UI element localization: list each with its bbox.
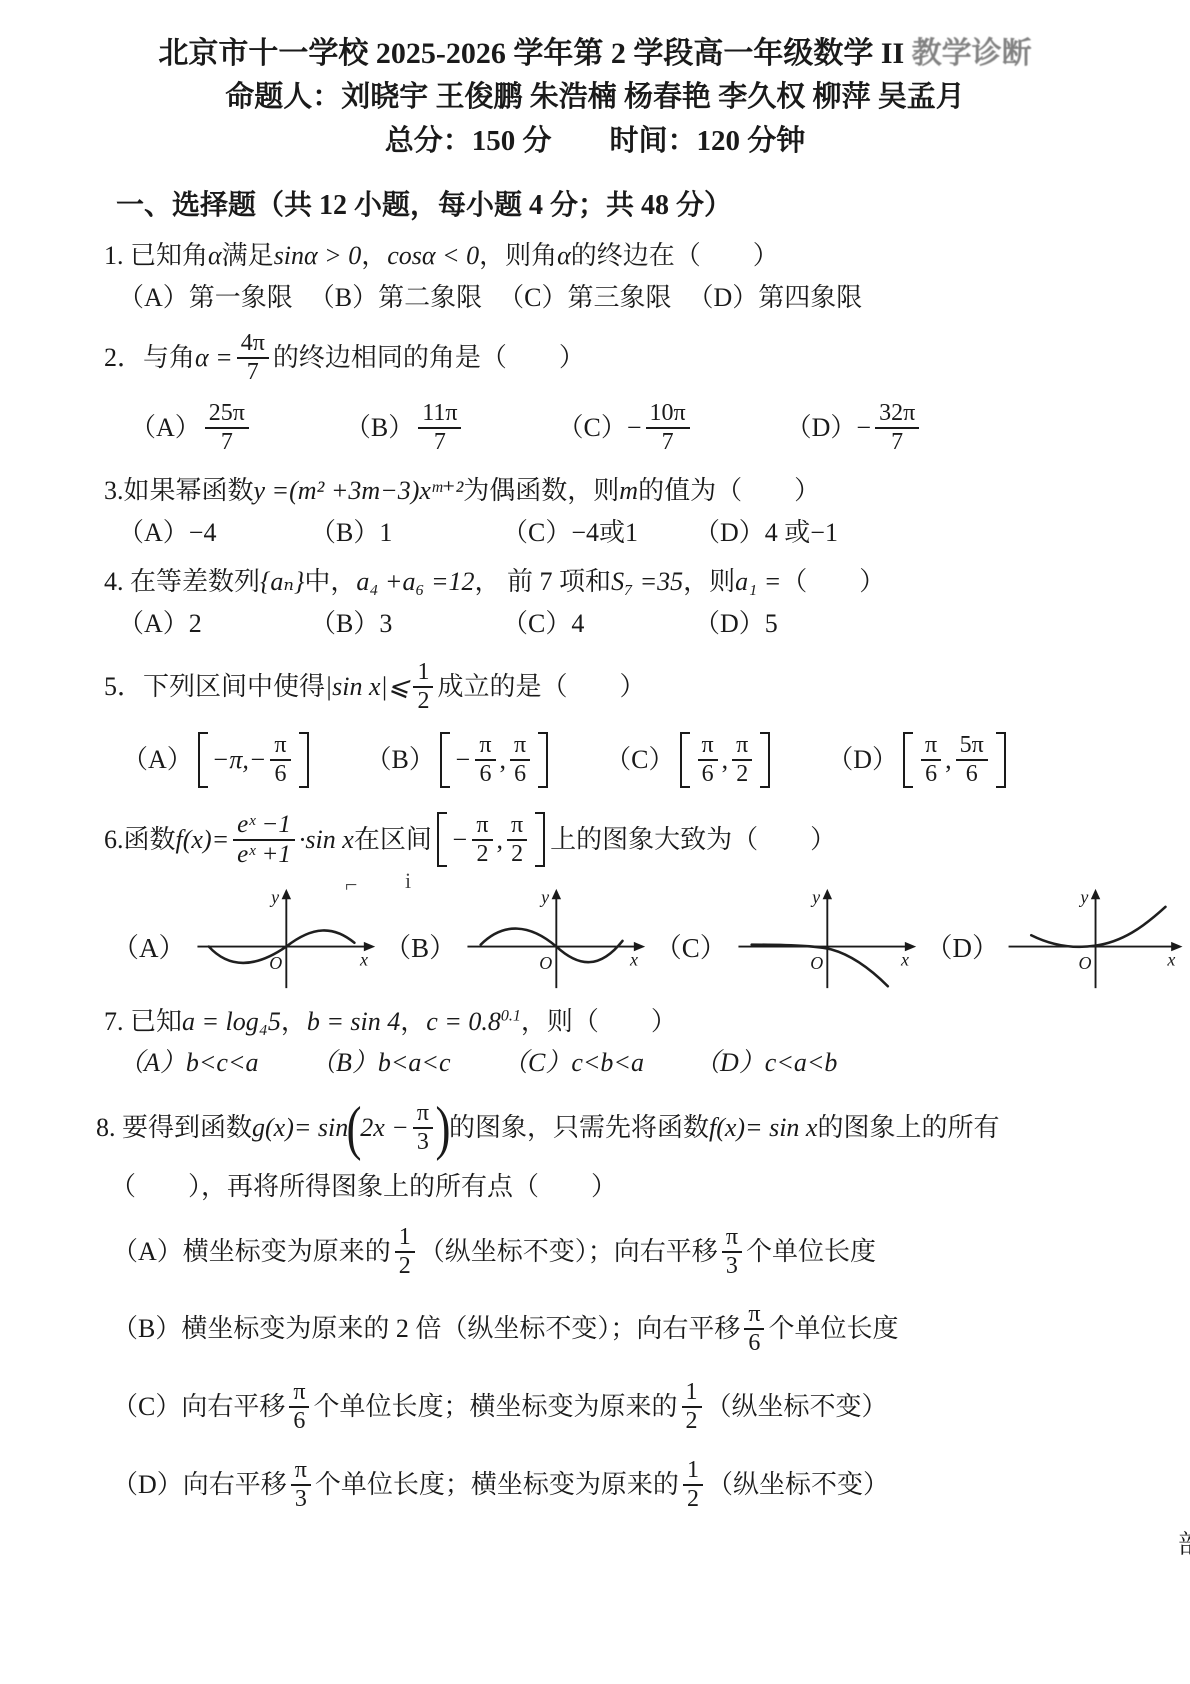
q6-graphs: （A） y x O （B） y x O （C） y x O （D） — [0, 883, 1190, 995]
q5-option-c: （C）π6,π2 — [605, 731, 775, 789]
option-fraction: π3 — [722, 1224, 742, 1280]
q6-stem: 6.函数 f(x)=eˣ −1eˣ +1·sin x 在区间−π2,π2上的图象… — [0, 811, 1190, 869]
option-text: 个单位长度 — [746, 1235, 876, 1269]
q1-math: α — [208, 239, 222, 273]
q3-stem: 3.如果幂函数 y =(m² +3m−3)xᵐ⁺² 为偶函数，则 m 的值为（ … — [0, 474, 1190, 508]
option-label: （A） — [112, 1235, 183, 1269]
q7-text: ，则（ ） — [521, 1005, 677, 1039]
clipped-edge-glyph: 部 — [1178, 1528, 1190, 1562]
exam-title-main: 北京市十一学校 2025-2026 学年第 2 学段高一年级数学 II — [158, 37, 911, 70]
option-fraction: 12 — [682, 1379, 702, 1435]
fraction-numerator: π — [698, 732, 718, 761]
interval-comma: , — [945, 743, 952, 777]
right-bracket — [535, 812, 545, 868]
q7-math: c = 0.80.1 — [426, 1005, 521, 1039]
fraction-denominator: 6 — [475, 761, 495, 788]
interval-fraction: 5π6 — [956, 732, 988, 788]
q4-text: ，则 — [683, 565, 735, 599]
fraction-denominator: 7 — [217, 429, 237, 456]
fraction-numerator: 4π — [237, 330, 269, 359]
fraction-numerator: π — [921, 732, 941, 761]
origin-label: O — [539, 953, 552, 973]
q6-math: ·sin x — [299, 823, 354, 857]
q2-text: 2．与角 — [104, 341, 195, 375]
right-bracket — [538, 732, 548, 788]
q1-option-a: （A）第一象限 — [118, 281, 293, 315]
q1-text: ， — [361, 239, 387, 273]
fraction-numerator: 32π — [875, 400, 919, 429]
fraction-numerator: 5π — [956, 732, 988, 761]
y-axis-label: y — [539, 887, 549, 907]
option-fraction: π6 — [744, 1301, 764, 1357]
q4-math: {aₙ} — [260, 565, 304, 599]
option-text: 个单位长度；横坐标变为原来的 — [313, 1390, 677, 1424]
q7-stem: 7. 已知 a = log₄5， b = sin 4， c = 0.80.1，则… — [0, 1005, 1190, 1039]
right-bracket — [299, 732, 309, 788]
interval-text: −π,− — [212, 743, 267, 777]
option-text: （纵坐标不变） — [707, 1468, 889, 1502]
fraction-numerator: π — [413, 1100, 433, 1129]
interval-comma: , — [722, 743, 729, 777]
minus-sign: − — [451, 823, 469, 857]
x-axis-label: x — [629, 949, 638, 969]
q1-options: （A）第一象限 （B）第二象限 （C）第三象限 （D）第四象限 — [0, 281, 1190, 315]
q4-text: ， 前 7 项和 — [475, 565, 612, 599]
q1-option-c: （C）第三象限 — [498, 281, 671, 315]
fraction-denominator: 7 — [430, 429, 450, 456]
option-label: （D） — [112, 1468, 183, 1502]
left-bracket — [680, 732, 690, 788]
interval-fraction: π6 — [510, 732, 530, 788]
option-text: （纵坐标不变） — [706, 1390, 888, 1424]
option-fraction: π3 — [291, 1457, 311, 1513]
q4-math: a₁ = — [735, 565, 781, 599]
x-axis-label: x — [359, 949, 368, 969]
interval-fraction: π6 — [921, 732, 941, 788]
option-fraction: 10π7 — [646, 400, 690, 456]
minus-sign: − — [856, 411, 871, 445]
interval-text: − — [454, 743, 472, 777]
q5-stem: 5．下列区间中使得|sin x|⩽12成立的是（ ） — [0, 659, 1190, 715]
q5-text: 成立的是（ ） — [437, 670, 645, 704]
q8-math: f(x)= sin x — [709, 1111, 818, 1145]
q1-text: 的终边在（ ） — [571, 239, 779, 273]
q6-graph-a: y x O — [188, 883, 385, 995]
q3-formula: y =(m² +3m−3)xᵐ⁺² — [254, 474, 464, 508]
fraction-denominator: 2 — [507, 841, 527, 868]
left-bracket — [198, 732, 208, 788]
q6-math: f(x)= — [176, 823, 230, 857]
q2-fraction: 4π7 — [237, 330, 269, 386]
fraction-numerator: π — [732, 732, 752, 761]
q8-stem-line2: （ ），再将所得图象上的所有点（ ） — [0, 1170, 1190, 1204]
q3-text: 3.如果幂函数 — [104, 474, 254, 508]
exam-authors: 命题人：刘晓宇 王俊鹏 朱浩楠 杨春艳 李久权 柳萍 吴孟月 — [0, 79, 1190, 117]
fraction-denominator: 6 — [744, 1330, 764, 1357]
q7-option-c: （C）c<b<a — [502, 1046, 694, 1080]
fraction-numerator: 1 — [682, 1379, 702, 1408]
q3-option-a: （A）−4 — [118, 516, 310, 550]
option-text: 个单位长度；横坐标变为原来的 — [315, 1468, 679, 1502]
origin-label: O — [1078, 953, 1091, 973]
q8-option-d: （D）向右平移π3个单位长度；横坐标变为原来的12（纵坐标不变） — [0, 1457, 1190, 1513]
option-text: 个单位长度 — [768, 1312, 898, 1346]
interval-bracket: −π2,π2 — [436, 811, 546, 869]
q3-math: m — [619, 474, 638, 508]
q7-option-b: （B）b<a<c — [310, 1046, 502, 1080]
interval-bracket: π6,π2 — [679, 731, 772, 789]
fraction-denominator: 7 — [243, 359, 263, 386]
interval-bracket: π6,5π6 — [902, 731, 1007, 789]
q8-text: 的图象，只需先将函数 — [449, 1111, 709, 1145]
option-label: （D） — [786, 411, 857, 445]
q8-math: g(x)= sin — [252, 1111, 348, 1145]
fraction-numerator: π — [744, 1301, 764, 1330]
option-label: （A） — [130, 411, 201, 445]
fraction-denominator: 7 — [887, 429, 907, 456]
fraction-denominator: 6 — [289, 1408, 309, 1435]
option-text: （纵坐标不变）；向右平移 — [419, 1235, 718, 1269]
q2-option-b: （B）11π7 — [345, 400, 466, 456]
q8-text: 8. 要得到函数 — [96, 1111, 252, 1145]
q1-text: ，则角 — [479, 239, 557, 273]
q5-option-b: （B）−π6,π6 — [366, 731, 554, 789]
q4-text: （ ） — [781, 565, 885, 599]
option-label: （C） — [112, 1390, 181, 1424]
graph-c-label: （C） — [655, 931, 727, 966]
q2-stem: 2．与角α =4π7的终边相同的角是（ ） — [0, 330, 1190, 386]
q1-stem: 1. 已知角α 满足 sinα > 0， cosα < 0，则角α 的终边在（ … — [0, 239, 1190, 273]
print-artifact: ⌐ — [345, 871, 357, 900]
interval-fraction: π6 — [698, 732, 718, 788]
q3-option-b: （B）1 — [310, 516, 502, 550]
fraction-numerator: eˣ −1 — [233, 811, 295, 841]
option-fraction: π6 — [289, 1379, 309, 1435]
q6-fraction: eˣ −1eˣ +1 — [233, 811, 295, 869]
q4-option-c: （C）4 — [502, 607, 694, 641]
q7-base: c = 0.8 — [426, 1007, 501, 1036]
q1-option-d: （D）第四象限 — [687, 281, 862, 315]
fraction-numerator: π — [270, 732, 290, 761]
option-label: （B） — [366, 743, 435, 777]
graph-b-label: （B） — [384, 931, 456, 966]
fraction-denominator: 7 — [658, 429, 678, 456]
y-axis-label: y — [269, 887, 279, 907]
q7-exponent: 0.1 — [501, 1007, 521, 1024]
fraction-numerator: 10π — [646, 400, 690, 429]
fraction-denominator: 3 — [413, 1129, 433, 1156]
x-axis-label: x — [1166, 949, 1175, 969]
option-label: （D） — [827, 743, 898, 777]
option-fraction: 25π7 — [205, 400, 249, 456]
exam-scan-page: 北京市十一学校 2025-2026 学年第 2 学段高一年级数学 II 教学诊断… — [0, 0, 1190, 1684]
q7-text: 7. 已知 — [104, 1005, 182, 1039]
interval-fraction: π6 — [270, 732, 290, 788]
option-text: 向右平移 — [183, 1468, 287, 1502]
interval-fraction: π6 — [475, 732, 495, 788]
minus-sign: − — [627, 411, 642, 445]
option-label: （B） — [112, 1312, 181, 1346]
q7-option-a: （A）b<c<a — [118, 1046, 310, 1080]
option-label: （B） — [345, 411, 414, 445]
q1-math: sinα > 0 — [274, 239, 362, 273]
q2-math: α = — [195, 341, 233, 375]
fraction-denominator: 6 — [962, 761, 982, 788]
option-text: 横坐标变为原来的 — [183, 1235, 391, 1269]
big-paren-left: ( — [347, 1101, 362, 1155]
graph-a-label: （A） — [112, 931, 186, 966]
q4-math: a₄ +a₆ =12 — [356, 565, 474, 599]
fraction-numerator: π — [472, 812, 492, 841]
q4-math: S₇ =35 — [611, 565, 683, 599]
fraction-denominator: 6 — [270, 761, 290, 788]
option-label: （C） — [557, 411, 626, 445]
q6-graph-d: y x O — [1001, 883, 1190, 995]
left-bracket — [437, 812, 447, 868]
q5-option-a: （A）−π,−π6 — [122, 731, 314, 789]
q6-graph-c: y x O — [729, 883, 926, 995]
q5-text: 5．下列区间中使得 — [104, 670, 325, 704]
q8-fraction: π3 — [413, 1100, 433, 1156]
q3-option-c: （C）−4或1 — [502, 516, 694, 550]
q8-option-b: （B）横坐标变为原来的 2 倍（纵坐标不变）；向右平移π6个单位长度 — [0, 1301, 1190, 1357]
option-text: 向右平移 — [181, 1390, 285, 1424]
q3-text: 为偶函数，则 — [463, 474, 619, 508]
option-fraction: 12 — [683, 1457, 703, 1513]
q4-option-b: （B）3 — [310, 607, 502, 641]
q6-graph-b: y x O — [458, 883, 655, 995]
y-axis-label: y — [1078, 887, 1088, 907]
q7-math: b = sin 4 — [307, 1005, 400, 1039]
q7-text: ， — [400, 1005, 426, 1039]
q8-option-a: （A）横坐标变为原来的12（纵坐标不变）；向右平移π3个单位长度 — [0, 1224, 1190, 1280]
q4-text: 4. 在等差数列 — [104, 565, 260, 599]
q8-option-c: （C）向右平移π6个单位长度；横坐标变为原来的12（纵坐标不变） — [0, 1379, 1190, 1435]
fraction-denominator: 6 — [698, 761, 718, 788]
q1-option-b: （B）第二象限 — [309, 281, 482, 315]
fraction-numerator: 25π — [205, 400, 249, 429]
fraction-numerator: π — [475, 732, 495, 761]
origin-label: O — [269, 953, 282, 973]
fraction-denominator: 2 — [395, 1253, 415, 1280]
section-1-heading: 一、选择题（共 12 小题，每小题 4 分；共 48 分） — [0, 188, 1190, 224]
interval-comma: , — [500, 743, 507, 777]
fraction-numerator: 1 — [413, 659, 433, 688]
fraction-denominator: 2 — [413, 688, 433, 715]
q1-text: 1. 已知角 — [104, 239, 208, 273]
q4-options: （A）2 （B）3 （C）4 （D）5 — [0, 607, 1190, 641]
exam-title: 北京市十一学校 2025-2026 学年第 2 学段高一年级数学 II 教学诊断 — [0, 0, 1190, 73]
exam-score-time: 总分：150 分时间：120 分钟 — [0, 123, 1190, 161]
q8-stem-line1: 8. 要得到函数 g(x)= sin(2x −π3) 的图象，只需先将函数 f(… — [0, 1100, 1190, 1156]
q8-text: 的图象上的所有 — [817, 1111, 999, 1145]
interval-fraction: π2 — [732, 732, 752, 788]
fraction-numerator: π — [507, 812, 527, 841]
q2-options: （A）25π7 （B）11π7 （C）−10π7 （D）−32π7 — [0, 400, 1190, 456]
q2-text: 的终边相同的角是（ ） — [273, 341, 585, 375]
left-bracket — [440, 732, 450, 788]
interval-comma: , — [497, 823, 504, 857]
fraction-denominator: 6 — [510, 761, 530, 788]
q6-text: 上的图象大致为（ ） — [550, 823, 836, 857]
q3-option-d: （D）4 或−1 — [694, 516, 886, 550]
exam-title-faded: 教学诊断 — [912, 37, 1032, 70]
interval-fraction: π2 — [472, 812, 492, 868]
y-axis-label: y — [810, 887, 820, 907]
q2-option-a: （A）25π7 — [130, 400, 253, 456]
x-axis-label: x — [900, 949, 909, 969]
interval-bracket: −π,−π6 — [197, 731, 310, 789]
q5-options: （A）−π,−π6 （B）−π6,π6 （C）π6,π2 （D）π6,5π6 — [0, 731, 1190, 789]
q2-option-d: （D）−32π7 — [786, 400, 924, 456]
fraction-numerator: π — [289, 1379, 309, 1408]
option-fraction: 32π7 — [875, 400, 919, 456]
q1-text: 满足 — [222, 239, 274, 273]
q7-option-d: （D）c<a<b — [694, 1046, 886, 1080]
q1-math: cosα < 0 — [387, 239, 479, 273]
q6-text: 在区间 — [354, 823, 432, 857]
q7-text: ， — [281, 1005, 307, 1039]
fraction-denominator: 3 — [291, 1486, 311, 1513]
option-label: （A） — [122, 743, 193, 777]
fraction-denominator: 2 — [732, 761, 752, 788]
q5-fraction: 12 — [413, 659, 433, 715]
option-text: 横坐标变为原来的 2 倍（纵坐标不变）；向右平移 — [181, 1312, 740, 1346]
q2-option-c: （C）−10π7 — [557, 400, 693, 456]
fraction-denominator: 2 — [682, 1408, 702, 1435]
fraction-numerator: 11π — [418, 400, 461, 429]
fraction-numerator: 1 — [395, 1224, 415, 1253]
q3-options: （A）−4 （B）1 （C）−4或1 （D）4 或−1 — [0, 516, 1190, 550]
fraction-numerator: 1 — [683, 1457, 703, 1486]
q3-text: 的值为（ ） — [638, 474, 820, 508]
fraction-denominator: eˣ +1 — [233, 841, 295, 869]
fraction-numerator: π — [510, 732, 530, 761]
q7-options: （A）b<c<a （B）b<a<c （C）c<b<a （D）c<a<b — [0, 1046, 1190, 1080]
exam-duration: 时间：120 分钟 — [610, 125, 806, 157]
fraction-denominator: 3 — [722, 1253, 742, 1280]
big-paren-right: ) — [435, 1101, 450, 1155]
interval-bracket: −π6,π6 — [439, 731, 549, 789]
origin-label: O — [810, 953, 823, 973]
q5-math: |sin x|⩽ — [325, 670, 409, 704]
right-bracket — [760, 732, 770, 788]
fraction-numerator: π — [291, 1457, 311, 1486]
fraction-denominator: 2 — [683, 1486, 703, 1513]
right-bracket — [996, 732, 1006, 788]
graph-d-label: （D） — [925, 931, 999, 966]
print-artifact: i — [405, 867, 411, 896]
q8-math: 2x − — [360, 1111, 409, 1145]
q4-option-d: （D）5 — [694, 607, 886, 641]
q4-stem: 4. 在等差数列{aₙ}中， a₄ +a₆ =12， 前 7 项和 S₇ =35… — [0, 565, 1190, 599]
q7-math: a = log₄5 — [182, 1005, 281, 1039]
q4-text: 中， — [304, 565, 356, 599]
option-fraction: 12 — [395, 1224, 415, 1280]
option-fraction: 11π7 — [418, 400, 461, 456]
q4-option-a: （A）2 — [118, 607, 310, 641]
fraction-denominator: 2 — [472, 841, 492, 868]
fraction-denominator: 6 — [921, 761, 941, 788]
q5-option-d: （D）π6,5π6 — [827, 731, 1011, 789]
q1-math: α — [557, 239, 571, 273]
interval-fraction: π2 — [507, 812, 527, 868]
option-label: （C） — [605, 743, 674, 777]
total-score: 总分：150 分 — [385, 125, 552, 157]
fraction-numerator: π — [722, 1224, 742, 1253]
left-bracket — [903, 732, 913, 788]
q6-text: 6.函数 — [104, 823, 176, 857]
